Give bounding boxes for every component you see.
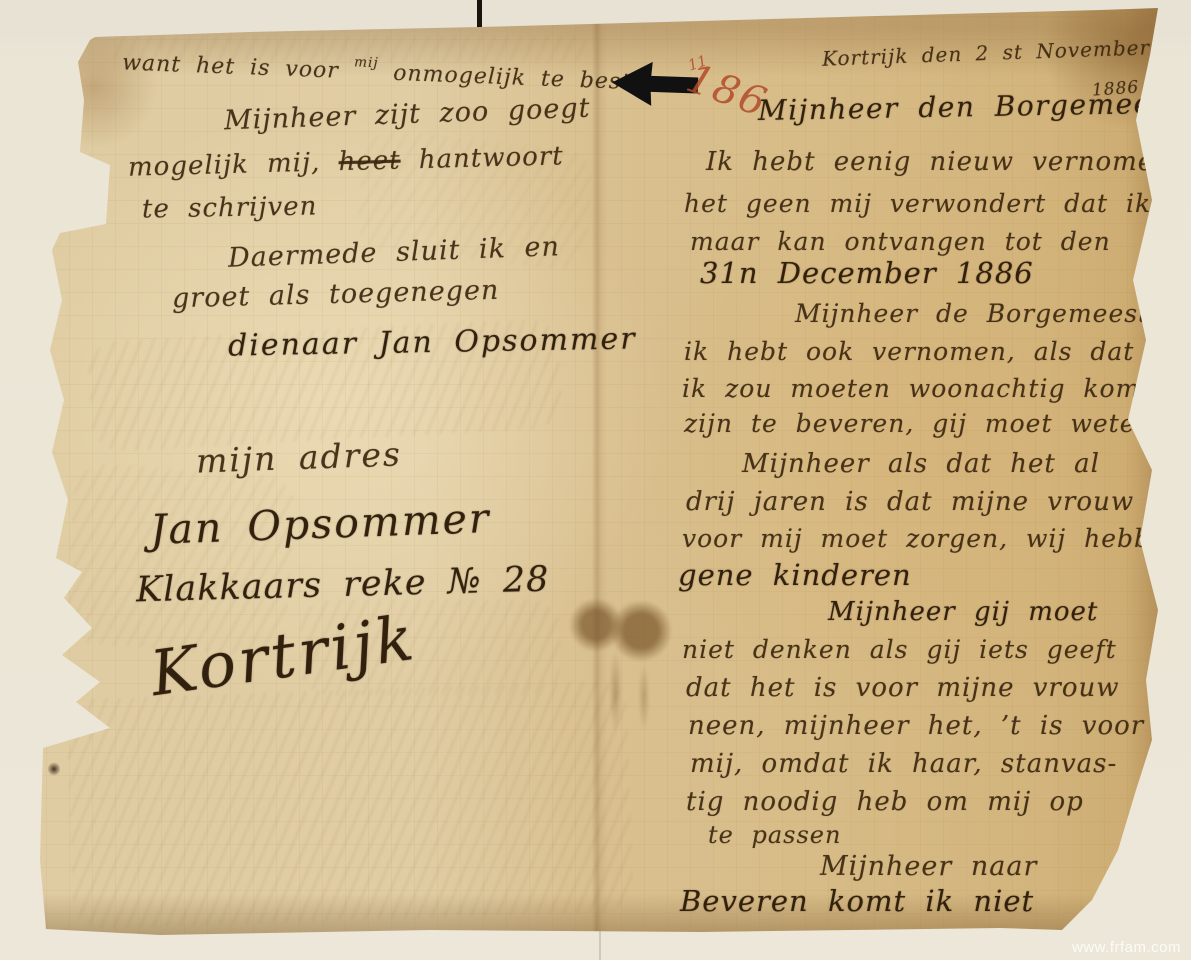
hanging-line [477, 0, 482, 29]
line2-post: hantwoort [418, 141, 564, 175]
letter-line: te schrijven [142, 192, 318, 224]
letter-line: tig noodig heb om mij op [686, 788, 1084, 817]
letter-line: niet denken als gij iets geeft [682, 636, 1117, 664]
letter-line: neen, mijnheer het, ’t is voor [688, 712, 1144, 741]
letter-paper: want het is voor mij onmogelijk te besta… [0, 0, 1191, 960]
address-label: mijn adres [195, 436, 402, 479]
letter-line: zijn te beveren, gij moet weten [684, 410, 1153, 438]
letter-line: Mijnheer de Borgemeester [795, 300, 1178, 328]
letter-line: Mijnheer gij moet [828, 598, 1098, 627]
letter-line: 31n December 1886 [700, 258, 1034, 290]
ink-blot [48, 762, 60, 776]
letter-line: maar kan ontvangen tot den [690, 228, 1111, 256]
letter-line: mij, omdat ik haar, stanvas- [690, 750, 1117, 779]
signature-line: dienaar Jan Opsommer [228, 322, 637, 362]
letter-line: Ik hebt eenig nieuw vernomen [706, 148, 1172, 177]
letter-line: Mijnheer als dat het al [742, 450, 1100, 479]
letter-line: Beveren komt ik niet [680, 886, 1034, 918]
letter-line: ik hebt ook vernomen, als dat [684, 338, 1134, 366]
letter-line: ik zou moeten woonachtig kome, [682, 375, 1165, 403]
letter-line: drij jaren is dat mijne vrouw [686, 488, 1134, 517]
inserted-superscript: mij [354, 54, 379, 71]
letter-line: het geen mij verwondert dat ik [684, 190, 1151, 218]
letter-line: Mijnheer naar [820, 852, 1037, 882]
letter-line: dat het is voor mijne vrouw [686, 674, 1120, 703]
ink-stain [548, 598, 698, 748]
photo-backdrop: want het is voor mij onmogelijk te besta… [0, 0, 1191, 960]
line2-pre: mogelijk mij, [128, 148, 321, 183]
letter-line: voor mij moet zorgen, wij hebben [682, 525, 1184, 553]
letter-line: gene kinderen [678, 560, 912, 592]
struck-word: heet [338, 146, 401, 178]
watermark: www.frfam.com [1072, 939, 1181, 956]
letter-line: te passen [708, 822, 841, 848]
